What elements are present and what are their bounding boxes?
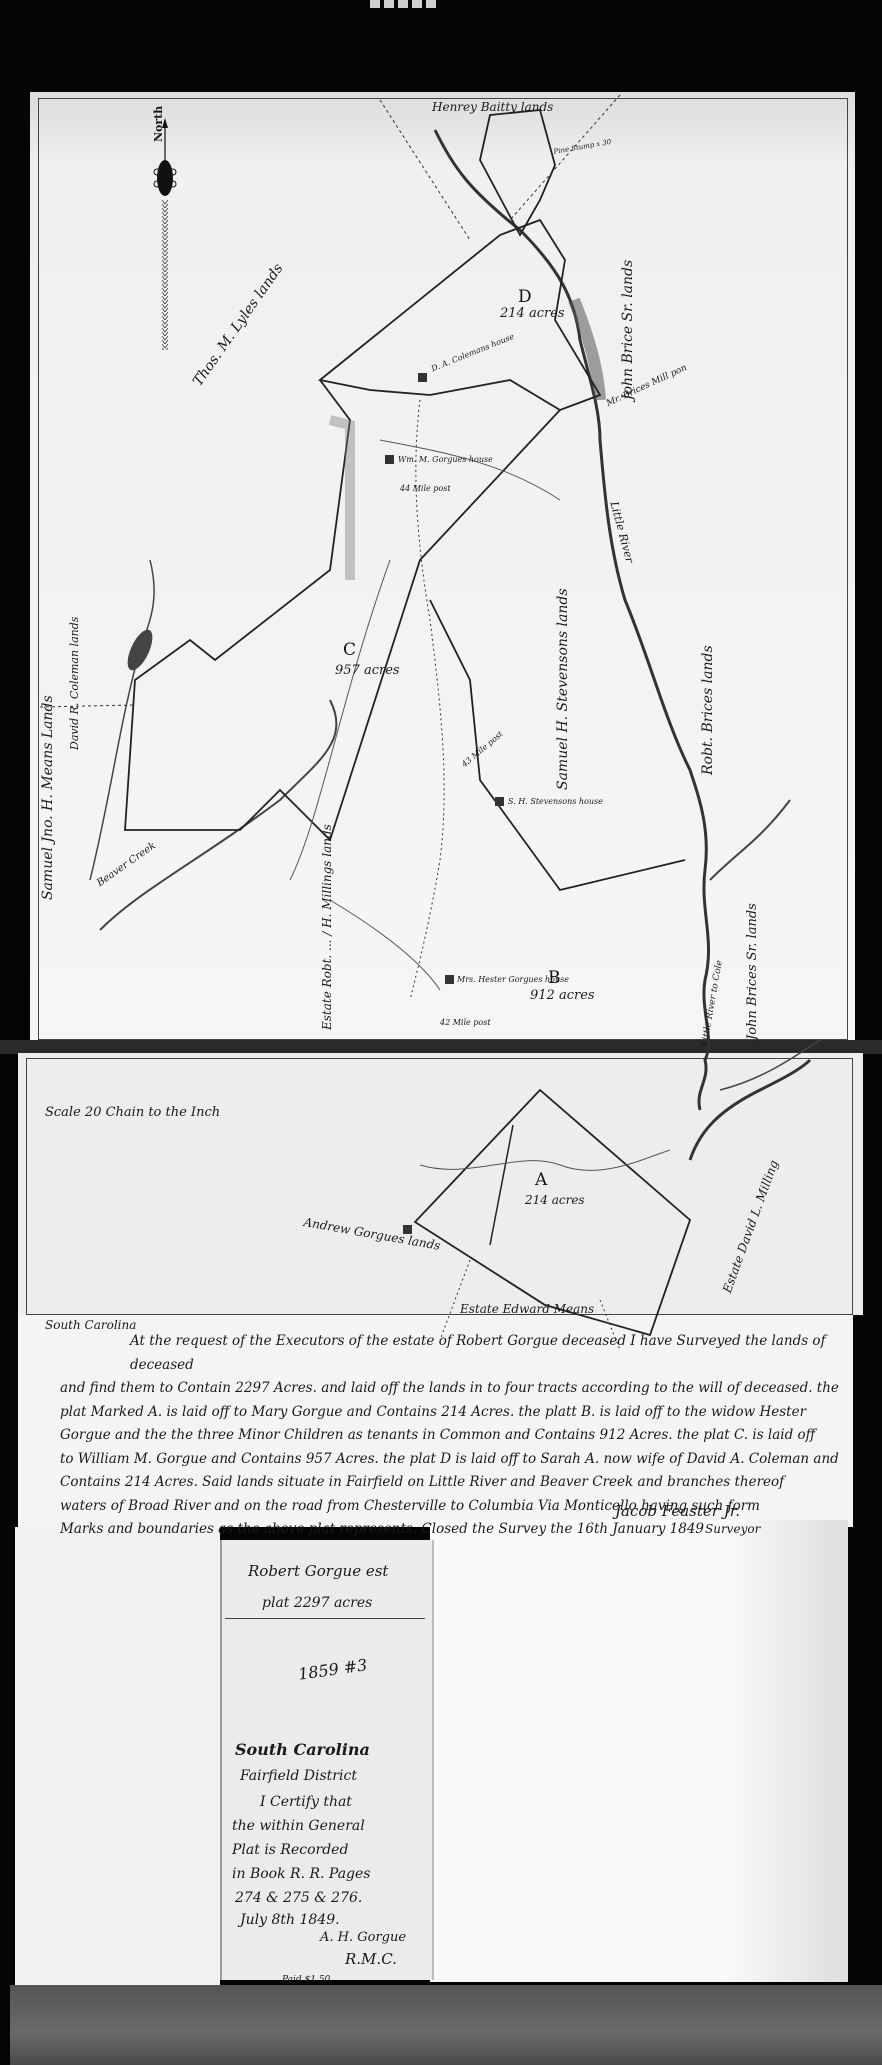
tract-b-acres: 912 acres (530, 988, 595, 1003)
house-icon (418, 373, 427, 382)
recording-line: in Book R. R. Pages (232, 1866, 370, 1882)
label-hester-gorgues-house: Mrs. Hester Gorgues house (457, 975, 569, 984)
certificate-line: and find them to Contain 2297 Acres. and… (60, 1377, 850, 1401)
certificate-line: to William M. Gorgue and Contains 957 Ac… (60, 1448, 850, 1472)
recording-line: Plat is Recorded (232, 1842, 348, 1858)
label-henrey-baitty-lands: Henrey Baitty lands (432, 100, 553, 114)
tract-c-letter: C (343, 640, 356, 660)
docket-rule (225, 1618, 425, 1619)
label-44-mile-post: 44 Mile post (400, 484, 451, 493)
recorder-name: A. H. Gorgue (320, 1930, 406, 1945)
certificate-line: At the request of the Executors of the e… (60, 1330, 850, 1377)
house-icon (385, 455, 394, 464)
certificate-line: Gorgue and the the three Minor Children … (60, 1424, 850, 1448)
tract-d-letter: D (518, 287, 532, 307)
label-john-brices-lands: John Brices Sr. lands (745, 903, 760, 1040)
recording-line: July 8th 1849. (240, 1912, 340, 1928)
surveyor-signature: Jacob Feaster Jr. (615, 1502, 740, 1520)
tract-d-acres: 214 acres (500, 306, 565, 321)
tract-a-letter: A (535, 1170, 547, 1190)
north-label: North (152, 106, 165, 142)
recording-line: 274 & 275 & 276. (235, 1890, 362, 1906)
label-robt-brices-lands: Robt. Brices lands (700, 645, 716, 775)
recording-fee: Paid $1.50 (282, 1975, 330, 1985)
label-john-brice-lands: John Brice Sr. lands (620, 260, 636, 400)
label-means-lands: Samuel Jno. H. Means Lands (40, 695, 56, 900)
label-stevensons-house: S. H. Stevensons house (508, 797, 603, 806)
recording-line: South Carolina (235, 1740, 370, 1759)
recording-line: Fairfield District (240, 1768, 357, 1784)
scale-label: Scale 20 Chain to the Inch (45, 1105, 220, 1120)
recorder-title: R.M.C. (345, 1950, 397, 1968)
north-arrow-icon (154, 118, 176, 350)
label-millings-lands: Estate Robt. ... / H. Millings lands (320, 824, 334, 1030)
docket-title-1: Robert Gorgue est (248, 1562, 388, 1580)
recording-line: the within General (232, 1818, 365, 1834)
surveyor-title: Surveyor (705, 1522, 760, 1536)
house-icon (445, 975, 454, 984)
tract-a-acres: 214 acres (525, 1193, 585, 1207)
tract-c-acres: 957 acres (335, 663, 400, 678)
certificate-line: plat Marked A. is laid off to Mary Gorgu… (60, 1401, 850, 1425)
label-coleman-lands: David R. Coleman lands (68, 617, 81, 750)
label-stevensons-lands: Samuel H. Stevensons lands (555, 588, 571, 790)
certificate-line: Contains 214 Acres. Said lands situate i… (60, 1471, 850, 1495)
label-wm-gorgues-house: Wm. M. Gorgues house (398, 455, 493, 464)
docket-title-2: plat 2297 acres (262, 1595, 372, 1611)
house-icon (495, 797, 504, 806)
recording-line: I Certify that (260, 1794, 352, 1810)
label-estate-edward-means: Estate Edward Means (460, 1302, 594, 1316)
label-42-mile-post: 42 Mile post (440, 1018, 491, 1027)
